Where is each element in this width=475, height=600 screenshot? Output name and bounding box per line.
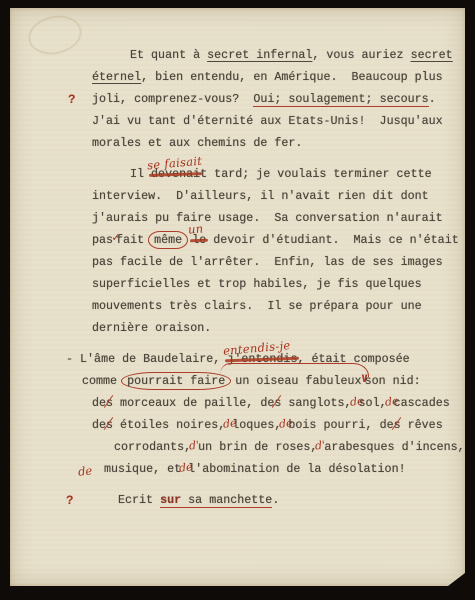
typed-text: étoiles noires, xyxy=(113,418,232,432)
typed-line: comme pourrait faire un oiseau fabuleux∨… xyxy=(82,370,464,392)
typed-text: arabesques d'incens, xyxy=(324,440,464,454)
circled-word: pourrait faire xyxy=(121,372,231,390)
typed-text: bois pourri, de xyxy=(288,418,393,432)
margin-inserted-word: de xyxy=(77,459,93,482)
typed-text: l'abomination de la désolation! xyxy=(188,462,405,476)
typed-line: ?Ecrit sur sa manchette. xyxy=(118,489,464,511)
typed-line: morales et aux chemins de fer. xyxy=(92,132,464,154)
underlined-text: éternel xyxy=(92,70,141,84)
typed-line: demusique, et del'abomination de la déso… xyxy=(104,458,464,480)
typed-text: cascades xyxy=(394,396,450,410)
typed-text: morceaux de paille, de xyxy=(113,396,274,410)
typed-text: un brin de roses, xyxy=(198,440,324,454)
typed-text: joli, comprenez-vous? xyxy=(92,92,253,106)
typed-text: . xyxy=(429,92,436,106)
typed-line: éternel, bien entendu, en Amérique. Beau… xyxy=(92,66,464,88)
faint-stamp-mark xyxy=(25,11,86,59)
typed-text: . xyxy=(272,493,279,507)
typed-line: des étoiles noires, deloques, debois pou… xyxy=(92,414,464,436)
mark-text: s xyxy=(106,418,113,432)
mark-text: s xyxy=(106,396,113,410)
typed-line: pas facile de l'arrêter. Enfin, las de s… xyxy=(92,251,464,273)
handwritten-correction: un xyxy=(187,217,204,240)
typed-text: - L'âme de Baudelaire, xyxy=(66,352,227,366)
underlined-text: secret infernal xyxy=(207,48,312,62)
typed-text: rêves xyxy=(401,418,443,432)
typed-line: mouvements très clairs. Il se prépara po… xyxy=(92,295,464,317)
manuscript-paper: Et quant à secret infernal, vous auriez … xyxy=(10,8,465,586)
typed-text: , bien entendu, en Amérique. Beaucoup pl… xyxy=(141,70,443,84)
typed-text: pas xyxy=(92,233,113,247)
typed-line: interview. D'ailleurs, il n'avait rien d… xyxy=(92,185,464,207)
underlined-text: secret xyxy=(411,48,453,62)
typed-text: Et quant à xyxy=(130,48,207,62)
margin-question-mark: ? xyxy=(66,490,74,512)
typed-line: Et quant à secret infernal, vous auriez … xyxy=(92,44,464,66)
circled-word: même xyxy=(148,231,188,249)
red-marked-word: sur xyxy=(160,493,181,508)
typed-line: corrodants, d'un brin de roses, d'arabes… xyxy=(114,436,464,458)
typed-text: musique, et xyxy=(104,462,188,476)
transposition-arc xyxy=(220,363,369,377)
typed-text: morales et aux chemins de fer. xyxy=(92,136,302,150)
deleted-letter: s xyxy=(394,418,401,432)
typed-text: dernière oraison. xyxy=(92,321,211,335)
typed-text: comme xyxy=(82,374,124,388)
paper-corner-fold xyxy=(448,573,465,586)
red-underlined-text: sa manchette xyxy=(181,493,272,508)
margin-question-mark: ? xyxy=(68,89,76,111)
photo-background: Et quant à secret infernal, vous auriez … xyxy=(0,0,475,600)
typed-line: pas✓fait même leun devoir d'étudiant. Ma… xyxy=(92,229,464,251)
typed-text: son nid: xyxy=(365,374,421,388)
typed-text: devoir d'étudiant. Mais ce n'était xyxy=(206,233,459,247)
struck-word: leun xyxy=(192,233,206,247)
mark-text: ? xyxy=(68,93,76,107)
typed-text: mouvements très clairs. Il se prépara po… xyxy=(92,299,422,313)
typed-text: t tard; je voulais terminer cette xyxy=(200,167,431,181)
typed-line: j'aurais pu faire usage. Sa conversation… xyxy=(92,207,464,229)
typed-text: pas facile de l'arrêter. Enfin, las de s… xyxy=(92,255,443,269)
red-underlined-text: Oui; soulagement; secours xyxy=(253,92,428,107)
typed-text: sanglots, xyxy=(281,396,358,410)
typed-text-block: Et quant à secret infernal, vous auriez … xyxy=(92,44,464,511)
deleted-letter: s xyxy=(106,418,113,432)
mark-text: ? xyxy=(66,494,74,508)
struck-word: devenaise faisait xyxy=(151,167,200,181)
typed-text: J'ai vu tant d'éternité aux Etats-Unis! … xyxy=(92,114,443,128)
typed-text: corrodants, xyxy=(114,440,198,454)
typed-line: des morceaux de paille, des sanglots, de… xyxy=(92,392,464,414)
typed-text: Ecrit xyxy=(118,493,160,507)
typed-text: superficielles et trop habiles, je fis q… xyxy=(92,277,422,291)
typed-line: ?joli, comprenez-vous? Oui; soulagement;… xyxy=(92,88,464,110)
deleted-letter: s xyxy=(106,396,113,410)
mark-text: s xyxy=(394,418,401,432)
typed-line: Il devenaise faisaitt tard; je voulais t… xyxy=(92,163,464,185)
typed-line: J'ai vu tant d'éternité aux Etats-Unis! … xyxy=(92,110,464,132)
typed-text: j'aurais pu faire usage. Sa conversation… xyxy=(92,211,443,225)
typed-text: fait xyxy=(116,233,151,247)
mark-text: de xyxy=(77,463,93,478)
typed-text: , vous auriez xyxy=(312,48,410,62)
typed-line: superficielles et trop habiles, je fis q… xyxy=(92,273,464,295)
typed-text: interview. D'ailleurs, il n'avait rien d… xyxy=(92,189,429,203)
